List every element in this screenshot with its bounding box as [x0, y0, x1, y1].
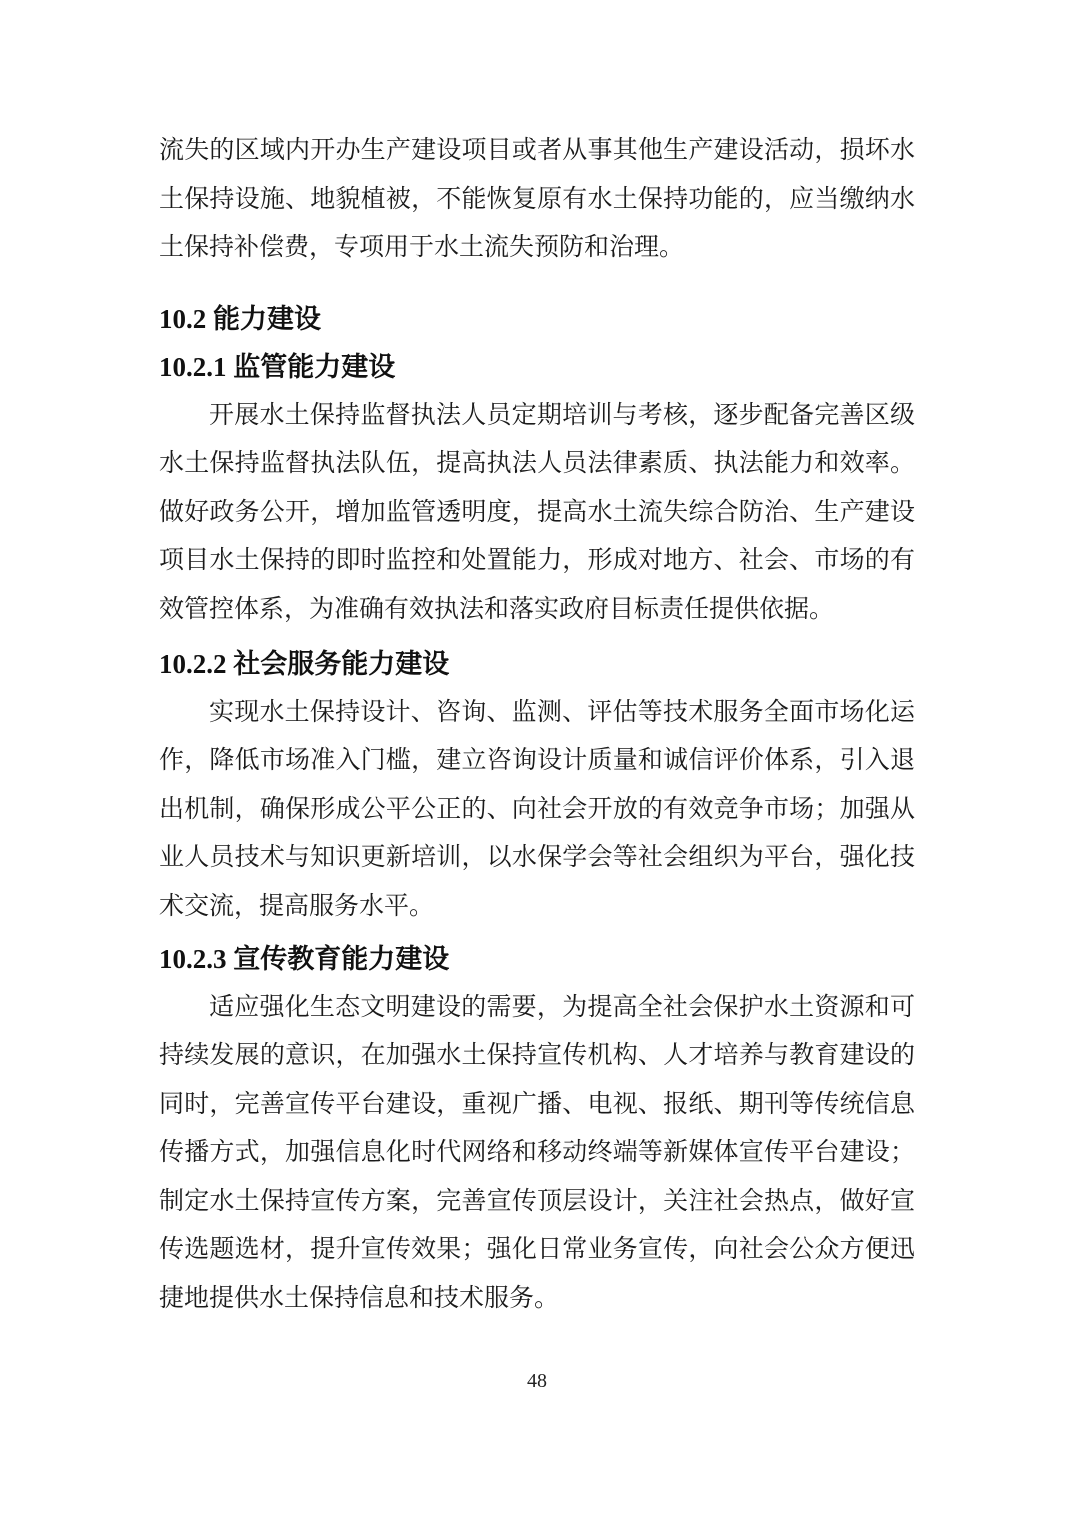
body-paragraph-supervision: 开展水土保持监督执法人员定期培训与考核，逐步配备完善区级水土保持监督执法队伍，提… [159, 392, 915, 635]
body-paragraph-publicity-education: 适应强化生态文明建设的需要，为提高全社会保护水土资源和可持续发展的意识，在加强水… [159, 984, 915, 1324]
section-heading-10-2-1: 10.2.1 监管能力建设 [159, 343, 915, 392]
section-heading-10-2: 10.2 能力建设 [159, 295, 915, 344]
document-page: 流失的区域内开办生产建设项目或者从事其他生产建设活动，损坏水土保持设施、地貌植被… [0, 0, 1074, 1520]
body-paragraph-social-service: 实现水土保持设计、咨询、监测、评估等技术服务全面市场化运作，降低市场准入门槛，建… [159, 689, 915, 932]
document-content: 流失的区域内开办生产建设项目或者从事其他生产建设活动，损坏水土保持设施、地貌植被… [159, 127, 915, 1323]
section-heading-10-2-3: 10.2.3 宣传教育能力建设 [159, 935, 915, 984]
page-number: 48 [0, 1368, 1074, 1394]
intro-paragraph: 流失的区域内开办生产建设项目或者从事其他生产建设活动，损坏水土保持设施、地貌植被… [159, 127, 915, 273]
section-heading-10-2-2: 10.2.2 社会服务能力建设 [159, 640, 915, 689]
